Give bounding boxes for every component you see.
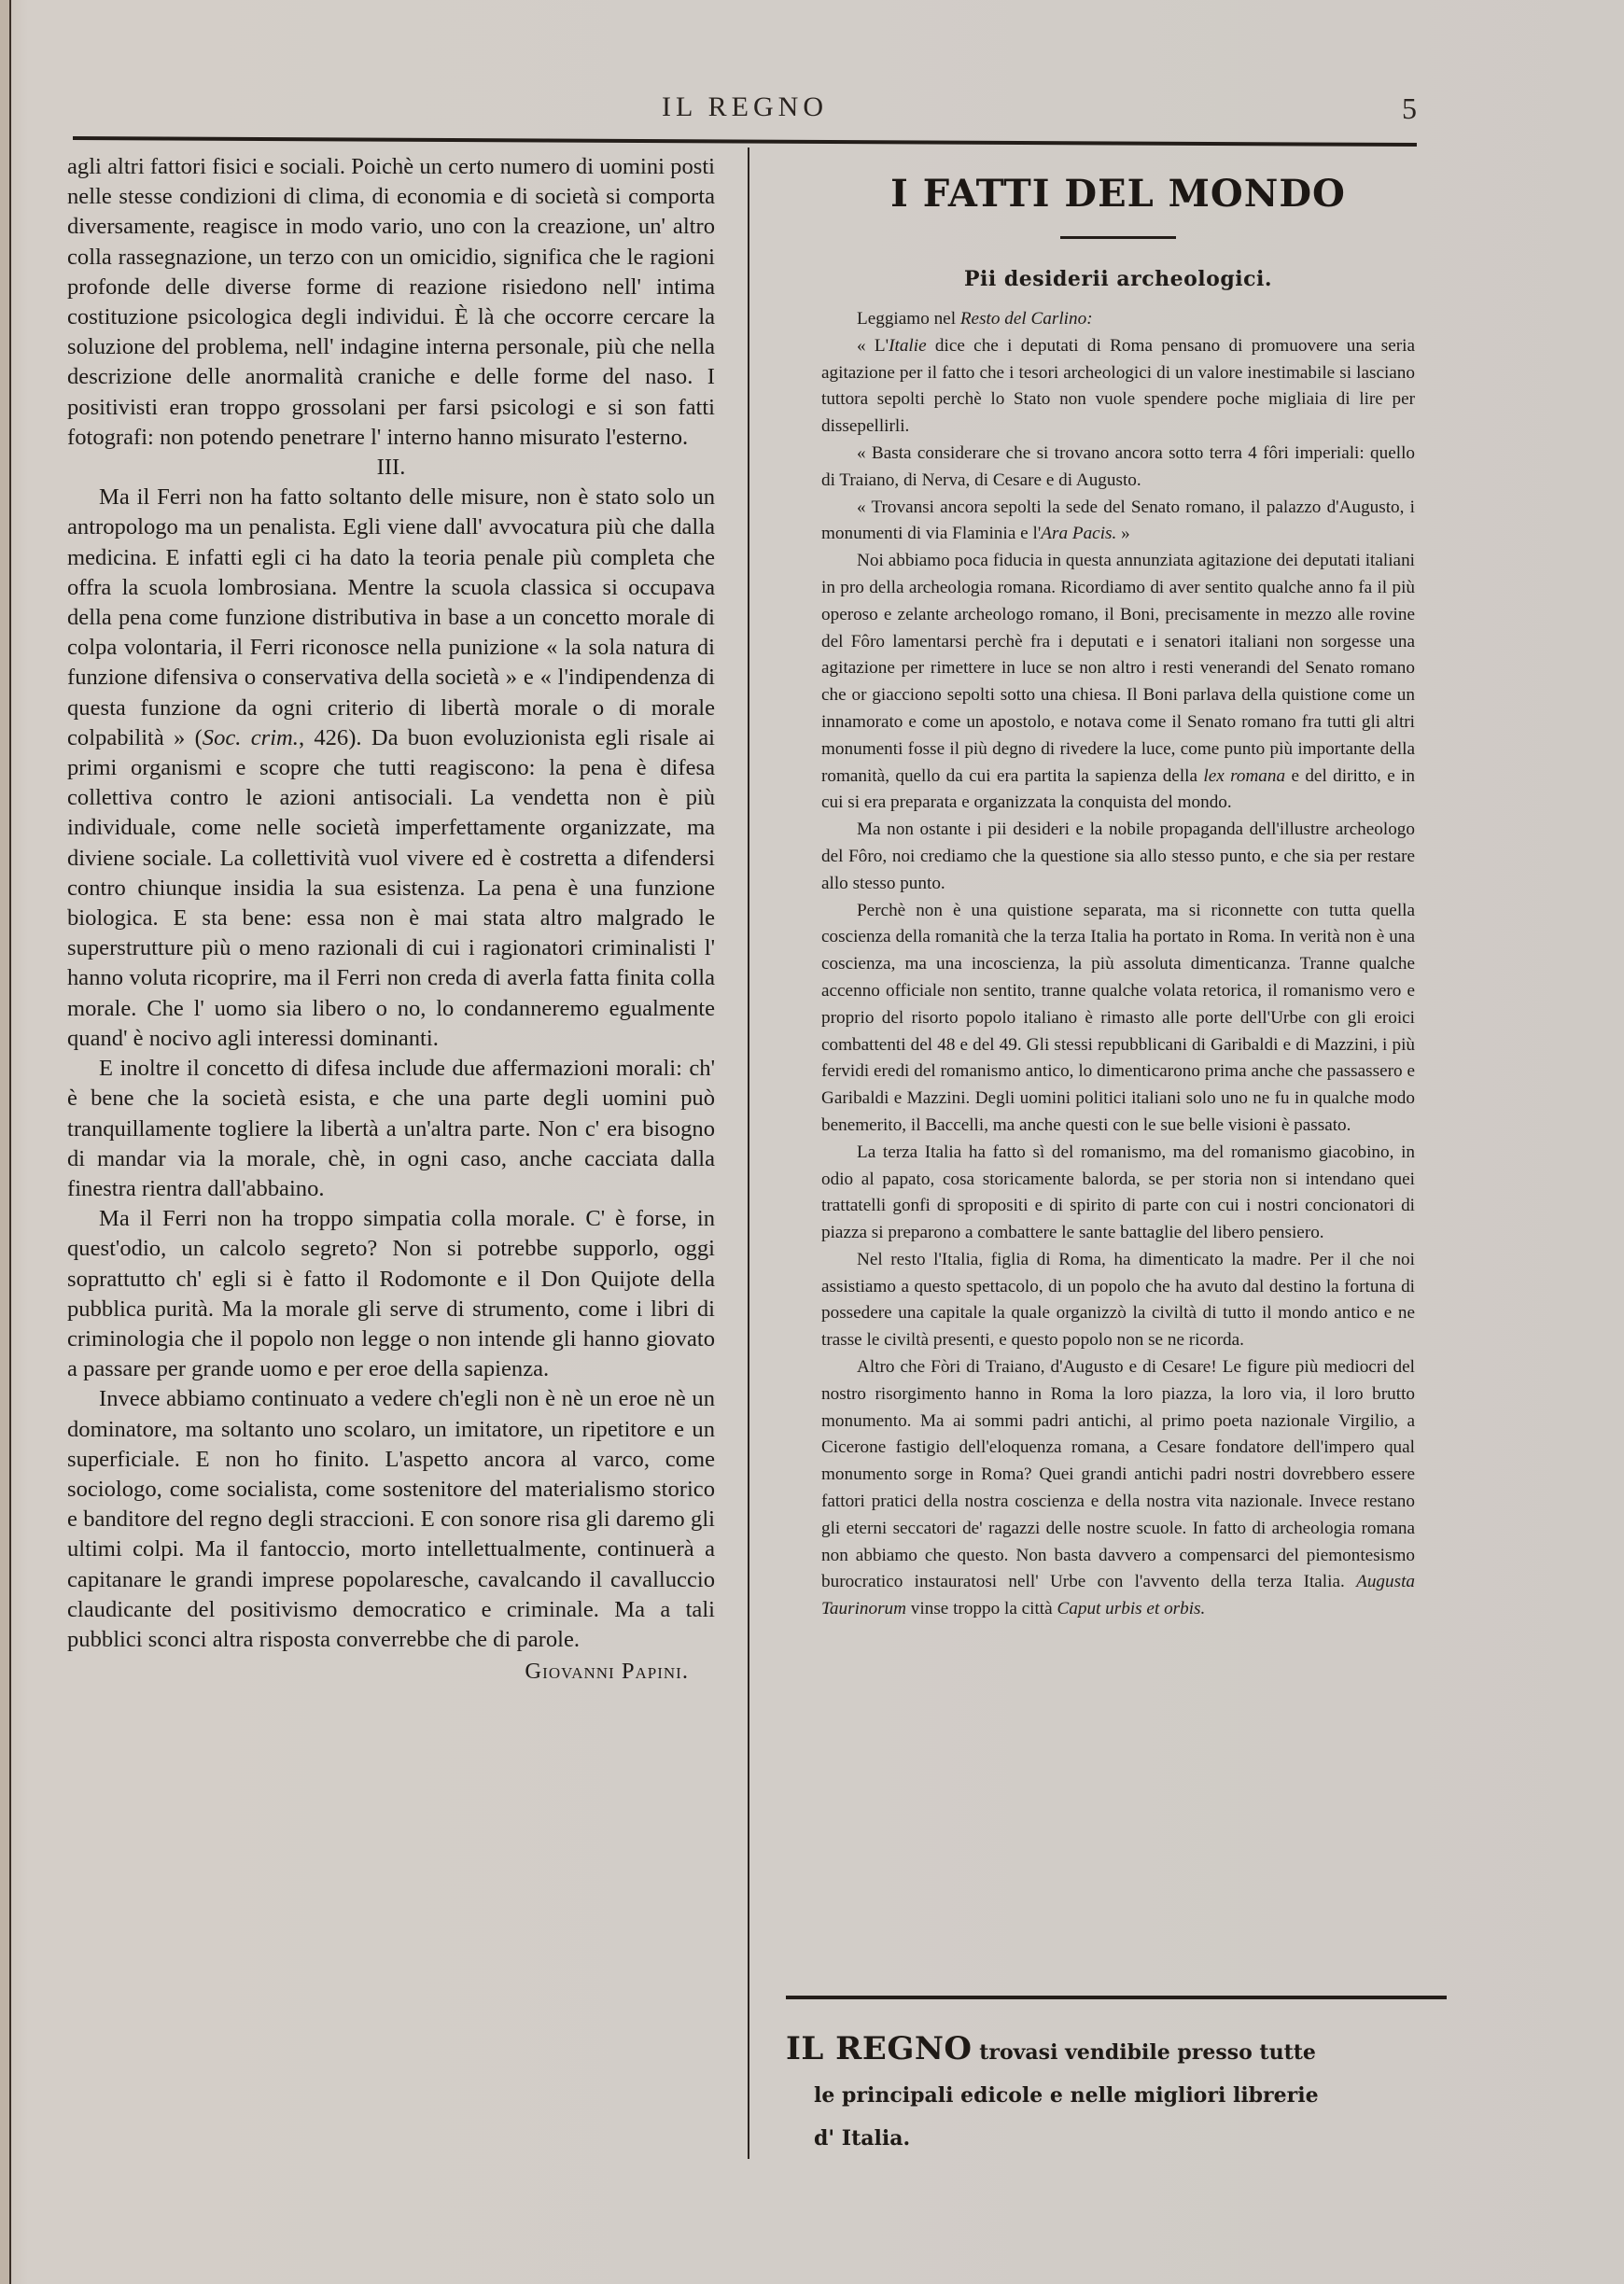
article-paragraph: Invece abbiamo continuato a vedere ch'eg… xyxy=(67,1384,715,1655)
italic-text: Caput urbis et orbis. xyxy=(1057,1599,1205,1618)
paragraph-text: Altro che Fòri di Traiano, d'Augusto e d… xyxy=(821,1357,1415,1591)
article-paragraph: agli altri fattori fisici e sociali. Poi… xyxy=(67,152,715,453)
binding-edge xyxy=(0,0,9,2284)
quote-paragraph: « L'Italie dice che i deputati di Roma p… xyxy=(821,333,1415,441)
quote-text: « L' xyxy=(857,336,889,356)
page-number: 5 xyxy=(1402,91,1417,126)
article-paragraph: Ma il Ferri non ha troppo simpatia colla… xyxy=(67,1204,715,1384)
quote-paragraph: « Basta considerare che si trovano ancor… xyxy=(821,441,1415,495)
advert-rule xyxy=(786,1996,1447,1999)
article-paragraph: Noi abbiamo poca fiducia in questa annun… xyxy=(821,548,1415,817)
advert-line-1: IL REGNO trovasi vendibile presso tutte xyxy=(786,2027,1449,2074)
citation-italic: Soc. crim. xyxy=(203,725,299,750)
article-title: Pii desiderii archeologici. xyxy=(821,267,1415,291)
intro-text: Leggiamo nel xyxy=(857,309,960,329)
source-italic: Resto del Carlino: xyxy=(960,309,1093,329)
newspaper-page: IL REGNO 5 agli altri fattori fisici e s… xyxy=(0,0,1624,2284)
title-rule xyxy=(1060,236,1176,239)
advert-text: trovasi vendibile presso tutte xyxy=(973,2040,1316,2065)
paragraph-text: Ma il Ferri non ha fatto soltanto delle … xyxy=(67,484,715,750)
author-signature: Giovanni Papini. xyxy=(67,1657,715,1687)
section-title: I FATTI DEL MONDO xyxy=(821,172,1415,216)
quote-text: » xyxy=(1116,524,1129,543)
article-paragraph: E inoltre il concetto di difesa include … xyxy=(67,1054,715,1204)
running-title: IL REGNO xyxy=(73,91,1417,123)
italic-text: lex romana xyxy=(1203,766,1285,786)
article-paragraph: La terza Italia ha fatto sì del romanism… xyxy=(821,1140,1415,1247)
advert-line-2: le principali edicole e nelle migliori l… xyxy=(786,2074,1449,2117)
column-divider xyxy=(748,147,749,2159)
article-paragraph: Altro che Fòri di Traiano, d'Augusto e d… xyxy=(821,1354,1415,1623)
section-number: III. xyxy=(67,453,715,483)
article-paragraph: Ma non ostante i pii desideri e la nobil… xyxy=(821,817,1415,897)
article-paragraph: Perchè non è una quistione separata, ma … xyxy=(821,898,1415,1140)
quote-paragraph: « Trovansi ancora sepolti la sede del Se… xyxy=(821,495,1415,549)
article-body: Leggiamo nel Resto del Carlino: « L'Ital… xyxy=(821,306,1415,1623)
right-column-article: I FATTI DEL MONDO Pii desiderii archeolo… xyxy=(821,168,1415,1623)
paragraph-text: vinse troppo la città xyxy=(906,1599,1057,1618)
left-column-article: agli altri fattori fisici e sociali. Poi… xyxy=(67,152,715,1687)
source-italic: Italie xyxy=(889,336,927,356)
article-paragraph: Nel resto l'Italia, figlia di Roma, ha d… xyxy=(821,1247,1415,1354)
header-rule xyxy=(73,136,1417,147)
article-paragraph: Ma il Ferri non ha fatto soltanto delle … xyxy=(67,483,715,1054)
binding-line xyxy=(9,0,11,2284)
advert-brand: IL REGNO xyxy=(786,2030,973,2067)
advert-line-3: d' Italia. xyxy=(786,2117,1449,2160)
running-header: IL REGNO 5 xyxy=(73,91,1417,129)
intro-line: Leggiamo nel Resto del Carlino: xyxy=(821,306,1415,333)
advertisement: IL REGNO trovasi vendibile presso tutte … xyxy=(786,2027,1449,2160)
paragraph-text: Noi abbiamo poca fiducia in questa annun… xyxy=(821,551,1415,785)
paragraph-text: , 426). Da buon evoluzionista egli risal… xyxy=(67,725,715,1051)
italic-text: Ara Pacis. xyxy=(1041,524,1116,543)
